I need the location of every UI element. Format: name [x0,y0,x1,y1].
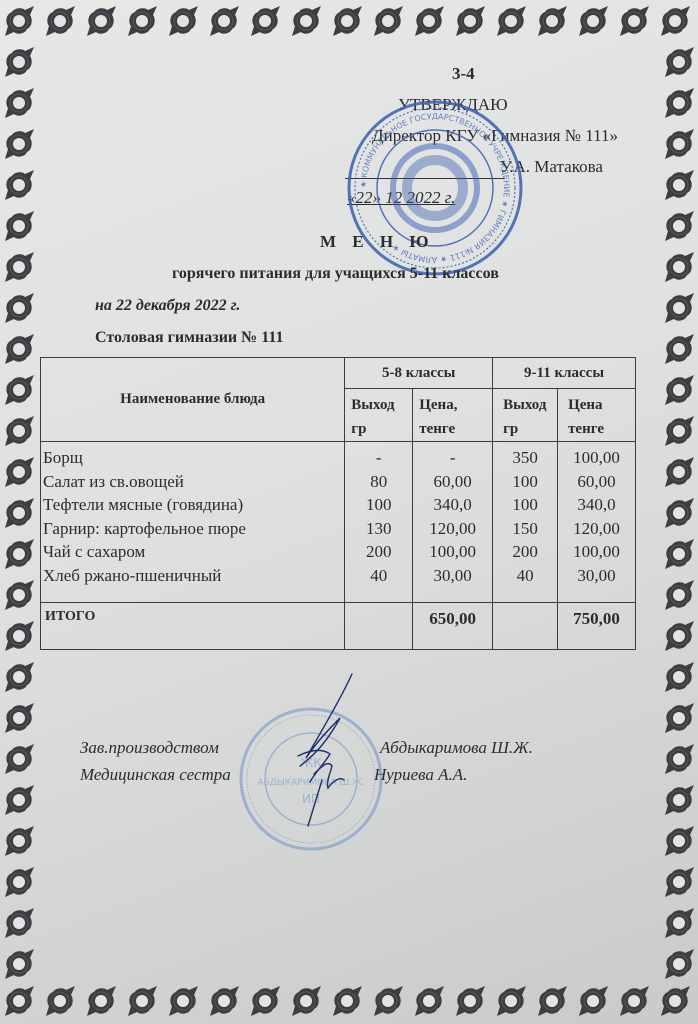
table-cell-price-9-11: 100,00 [558,446,635,470]
table-cell-yield-5-8: 130 [345,517,412,541]
signature-role-nurse: Медицинская сестра [80,765,231,785]
border-ornament-icon [662,250,696,284]
total-price-9-11: 750,00 [558,603,636,650]
table-cell-name: Салат из св.овощей [43,470,344,494]
border-ornament-icon [662,537,696,571]
border-ornament-icon [371,984,405,1018]
border-ornament-icon [662,906,696,940]
border-ornament-icon [2,455,36,489]
table-cell-price-9-11: 30,00 [558,564,635,588]
table-cell-price-5-8: 30,00 [413,564,492,588]
border-ornament-icon [576,4,610,38]
border-ornament-icon [2,824,36,858]
menu-subtitle: горячего питания для учащихся 5-11 класс… [172,265,499,283]
border-ornament-icon [662,660,696,694]
table-cell-name: Чай с сахаром [43,540,344,564]
yield-header-5-8: Выходгр [345,389,413,442]
border-ornament-icon [2,984,36,1018]
border-ornament-icon [662,619,696,653]
table-cell-price-9-11: 120,00 [558,517,635,541]
table-body-row: БорщСалат из св.овощейТефтели мясные (го… [41,442,636,603]
border-ornament-icon [2,127,36,161]
table-cell-price-9-11: 340,0 [558,493,635,517]
border-ornament-icon [2,578,36,612]
border-ornament-icon [2,865,36,899]
border-ornament-icon [617,4,651,38]
border-ornament-icon [453,4,487,38]
border-ornament-icon [371,4,405,38]
yield-5-8-values: -8010013020040 [345,442,412,587]
border-ornament-icon [2,250,36,284]
border-ornament-icon [662,332,696,366]
border-ornament-icon [662,824,696,858]
border-ornament-icon [207,984,241,1018]
table-cell-price-5-8: 100,00 [413,540,492,564]
border-ornament-icon [494,4,528,38]
border-ornament-icon [289,984,323,1018]
table-cell-name: Борщ [43,446,344,470]
border-ornament-icon [84,4,118,38]
border-ornament-icon [662,127,696,161]
border-ornament-icon [617,984,651,1018]
border-ornament-icon [289,4,323,38]
border-ornament-icon [2,947,36,981]
border-ornament-icon [662,578,696,612]
border-ornament-icon [2,660,36,694]
border-ornament-icon [662,291,696,325]
border-ornament-icon [2,332,36,366]
price-9-11-values: 100,0060,00340,0120,00100,0030,00 [558,442,635,587]
border-ornament-icon [2,86,36,120]
border-ornament-icon [412,984,446,1018]
border-ornament-icon [662,45,696,79]
price-header-5-8: Цена,тенге [413,389,493,442]
handwritten-signature-icon [270,670,380,830]
table-cell-yield-9-11: 200 [493,540,557,564]
border-ornament-icon [84,984,118,1018]
table-cell-price-9-11: 100,00 [558,540,635,564]
table-cell-price-5-8: 340,0 [413,493,492,517]
border-ornament-icon [330,4,364,38]
border-ornament-icon [576,984,610,1018]
table-cell-name: Тефтели мясные (говядина) [43,493,344,517]
price-header-9-11: Ценатенге [558,389,636,442]
border-ornament-icon [330,984,364,1018]
border-ornament-icon [2,496,36,530]
table-cell-price-5-8: - [413,446,492,470]
border-ornament-icon [494,984,528,1018]
total-yield-9-11 [493,603,558,650]
table-cell-price-9-11: 60,00 [558,470,635,494]
border-ornament-icon [248,984,282,1018]
border-ornament-icon [412,4,446,38]
border-ornament-icon [662,168,696,202]
border-ornament-icon [2,4,36,38]
border-ornament-icon [2,906,36,940]
border-ornament-icon [2,45,36,79]
canteen-name: Столовая гимназии № 111 [95,329,283,347]
table-cell-name: Гарнир: картофельное пюре [43,517,344,541]
table-cell-yield-9-11: 150 [493,517,557,541]
group-header-9-11: 9-11 классы [493,358,636,389]
border-ornament-icon [662,414,696,448]
border-ornament-icon [662,783,696,817]
border-ornament-icon [125,4,159,38]
total-price-5-8: 650,00 [413,603,493,650]
border-ornament-icon [2,414,36,448]
menu-date: на 22 декабря 2022 г. [95,297,240,315]
border-ornament-icon [662,209,696,243]
signature-name-production: Абдыкаримова Ш.Ж. [380,738,533,758]
border-ornament-icon [2,742,36,776]
border-ornament-icon [248,4,282,38]
table-cell-price-5-8: 120,00 [413,517,492,541]
border-ornament-icon [2,373,36,407]
border-ornament-icon [125,984,159,1018]
table-cell-yield-5-8: 200 [345,540,412,564]
table-cell-yield-5-8: - [345,446,412,470]
total-row: ИТОГО 650,00 750,00 [41,603,636,650]
table-cell-yield-9-11: 100 [493,470,557,494]
border-ornament-icon [207,4,241,38]
border-ornament-icon [2,291,36,325]
border-ornament-icon [166,4,200,38]
border-ornament-icon [658,984,692,1018]
border-ornament-icon [166,984,200,1018]
table-cell-yield-5-8: 40 [345,564,412,588]
border-ornament-icon [662,742,696,776]
document-code: 3-4 [452,64,475,84]
yield-header-9-11: Выходгр [493,389,558,442]
table-cell-name: Хлеб ржано-пшеничный [43,564,344,588]
border-ornament-icon [662,947,696,981]
border-ornament-icon [662,865,696,899]
border-ornament-icon [2,701,36,735]
border-ornament-icon [662,373,696,407]
menu-table: Наименование блюда 5-8 классы 9-11 класс… [40,357,636,650]
dish-names: БорщСалат из св.овощейТефтели мясные (го… [41,442,344,587]
border-ornament-icon [535,4,569,38]
price-5-8-values: -60,00340,0120,00100,0030,00 [413,442,492,587]
border-ornament-icon [2,783,36,817]
table-cell-yield-9-11: 40 [493,564,557,588]
table-cell-yield-5-8: 80 [345,470,412,494]
group-header-5-8: 5-8 классы [345,358,493,389]
border-ornament-icon [2,209,36,243]
signature-name-nurse: Нуриева А.А. [374,765,467,785]
dish-name-header: Наименование блюда [41,358,345,442]
border-ornament-icon [2,619,36,653]
table-cell-yield-9-11: 350 [493,446,557,470]
total-label: ИТОГО [41,603,345,650]
border-ornament-icon [2,537,36,571]
border-ornament-icon [662,496,696,530]
signature-role-production: Зав.производством [80,738,219,758]
border-ornament-icon [662,86,696,120]
border-ornament-icon [2,168,36,202]
border-ornament-icon [43,4,77,38]
border-ornament-icon [658,4,692,38]
table-cell-yield-5-8: 100 [345,493,412,517]
border-ornament-icon [535,984,569,1018]
menu-title: М Е Н Ю [320,232,435,252]
border-ornament-icon [453,984,487,1018]
table-cell-price-5-8: 60,00 [413,470,492,494]
yield-9-11-values: 35010010015020040 [493,442,557,587]
border-ornament-icon [662,455,696,489]
border-ornament-icon [662,701,696,735]
border-ornament-icon [43,984,77,1018]
table-cell-yield-9-11: 100 [493,493,557,517]
total-yield-5-8 [345,603,413,650]
